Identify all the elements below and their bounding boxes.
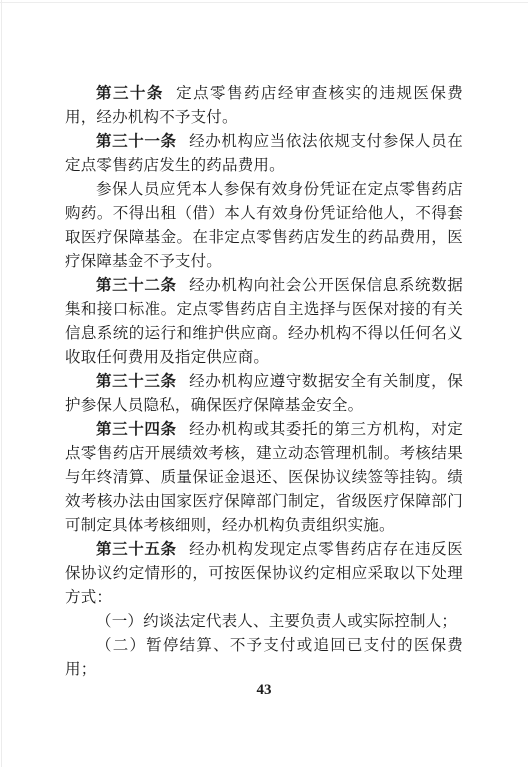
article-32-number: 第三十二条 bbox=[96, 277, 177, 294]
list-item-1-text: （一）约谈法定代表人、主要负责人或实际控制人； bbox=[96, 613, 457, 630]
article-32-paragraph: 第三十二条经办机构向社会公开医保信息系统数据集和接口标准。定点零售药店自主选择与… bbox=[65, 274, 463, 370]
insured-person-purchase-text: 参保人员应凭本人参保有效身份凭证在定点零售药店购药。不得出租（借）本人有效身份凭… bbox=[65, 181, 463, 270]
article-33-number: 第三十三条 bbox=[96, 373, 177, 390]
document-page: 第三十条定点零售药店经审查核实的违规医保费用，经办机构不予支付。 第三十一条经办… bbox=[0, 0, 528, 767]
scan-artifact-top-edge bbox=[0, 2, 528, 3]
article-31-paragraph: 第三十一条经办机构应当依法依规支付参保人员在定点零售药店发生的药品费用。 bbox=[65, 130, 463, 178]
scan-artifact-left-edge bbox=[1, 0, 2, 767]
article-31-number: 第三十一条 bbox=[96, 133, 177, 150]
article-35-paragraph: 第三十五条经办机构发现定点零售药店存在违反医保协议约定情形的，可按医保协议约定相… bbox=[65, 538, 463, 610]
list-item-1-paragraph: （一）约谈法定代表人、主要负责人或实际控制人； bbox=[65, 610, 463, 634]
list-item-2-text: （二）暂停结算、不予支付或追回已支付的医保费用； bbox=[65, 637, 463, 678]
article-30-paragraph: 第三十条定点零售药店经审查核实的违规医保费用，经办机构不予支付。 bbox=[65, 82, 463, 130]
insured-person-purchase-paragraph: 参保人员应凭本人参保有效身份凭证在定点零售药店购药。不得出租（借）本人有效身份凭… bbox=[65, 178, 463, 274]
article-30-number: 第三十条 bbox=[96, 85, 164, 102]
article-34-number: 第三十四条 bbox=[96, 421, 177, 438]
document-body: 第三十条定点零售药店经审查核实的违规医保费用，经办机构不予支付。 第三十一条经办… bbox=[65, 82, 463, 682]
list-item-2-paragraph: （二）暂停结算、不予支付或追回已支付的医保费用； bbox=[65, 634, 463, 682]
article-34-paragraph: 第三十四条经办机构或其委托的第三方机构，对定点零售药店开展绩效考核，建立动态管理… bbox=[65, 418, 463, 538]
article-35-number: 第三十五条 bbox=[96, 541, 177, 558]
page-footer: 43 bbox=[0, 682, 528, 699]
page-number: 43 bbox=[257, 682, 272, 698]
article-33-paragraph: 第三十三条经办机构应遵守数据安全有关制度，保护参保人员隐私，确保医疗保障基金安全… bbox=[65, 370, 463, 418]
